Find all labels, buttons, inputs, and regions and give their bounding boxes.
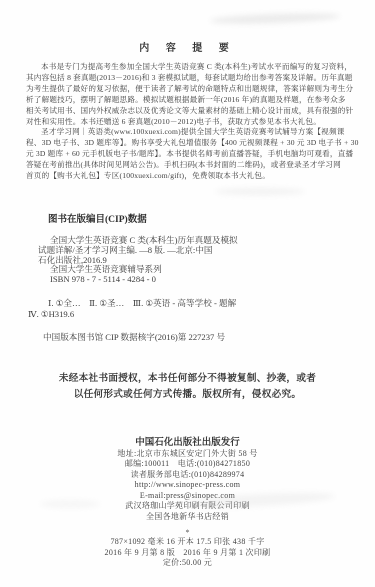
price-line: 定价:50.00 元 xyxy=(0,558,375,569)
cip-header: 图书在版编目(CIP)数据 xyxy=(48,211,375,225)
publisher-name: 中国石化出版社出版发行 xyxy=(0,437,375,449)
cip-entry: 全国大学生英语竞赛 C 类(本科生)历年真题及模拟 试题详解/圣才学习网主编. … xyxy=(38,236,375,285)
summary-line: 其内容包括 8 套真题(2013－2016)和 3 套模拟试题，每套试题均给出参… xyxy=(26,73,351,84)
format-line: 787×1092 毫米 16 开本 17.5 印张 438 千字 xyxy=(0,537,375,548)
summary-line: 元 3D 题库 + 60 元手机版电子书/题库】。本书提供名师考前直播答疑，手机… xyxy=(26,149,351,160)
colophon: * 787×1092 毫米 16 开本 17.5 印张 438 千字 2016 … xyxy=(0,528,375,569)
reader-service-phone: 读者服务部电话:(010)84289974 xyxy=(0,470,375,481)
summary-line: 答疑在考前推出(具体时间见网站公告)。手机扫码(本书封面的二维码)，或者登录圣才… xyxy=(26,160,351,171)
cip-classification: Ⅰ. ①全… Ⅱ. ①圣… Ⅲ. ①英语 - 高等学校 - 题解 Ⅳ. ①H31… xyxy=(0,298,375,320)
summary-line: 首页的【购书大礼包】专区(100xuexi.com/gift)，免费领取本书大礼… xyxy=(26,171,351,182)
content-summary-title: 内 容 提 要 xyxy=(0,39,375,54)
cip-record-number: 中国版本图书馆 CIP 数据核字(2016)第 227237 号 xyxy=(43,331,375,343)
scan-smudge xyxy=(215,188,305,195)
publisher-postcode-phone: 邮编:100011 电话:(010)84271850 xyxy=(0,459,375,470)
summary-line: 本书是专门为提高考生参加全国大学生英语竞赛 C 类(本科生)考试水平而编写的复习… xyxy=(26,62,351,73)
summary-line: 对性和实用性。本书还赠送 6 套真题(2010－2012)电子书，获取方式参见本… xyxy=(26,117,351,128)
summary-line: 为考生提供了最好的复习依据，便于读者了解考试的命题特点和出题规律，答案详解则为考… xyxy=(26,84,351,95)
printer-name: 武汉珞珈山学苑印刷有限公司印刷 xyxy=(0,501,375,512)
scan-smudge xyxy=(210,12,340,26)
summary-paragraph-2: 圣才学习网｜英语类(www.100xuexi.com)提供全国大学生英语竞赛考试… xyxy=(26,127,351,182)
copyright-notice-line: 未经本社书面授权，本书任何部分不得被复制、抄袭，或者 xyxy=(0,371,375,387)
cip-class-line: Ⅳ. ①H319.6 xyxy=(28,309,375,320)
summary-line: 相关考试用书、国内外权威杂志以及优秀论文等大量素材的基础上精心设计而成，具有很强… xyxy=(26,106,351,117)
summary-line: 圣才学习网｜英语类(www.100xuexi.com)提供全国大学生英语竞赛考试… xyxy=(26,127,351,138)
publisher-email: E-mail:press@sinopec.com xyxy=(0,491,375,502)
cip-class-line: Ⅰ. ①全… Ⅱ. ①圣… Ⅲ. ①英语 - 高等学校 - 题解 xyxy=(48,298,375,309)
summary-line: 析了解题技巧，摆明了解题思路。模拟试题根据最新一年(2016 年)的真题及样题，… xyxy=(26,95,351,106)
publisher-block: 中国石化出版社出版发行 地址:北京市东城区安定门外大街 58 号 邮编:1000… xyxy=(0,437,375,523)
summary-paragraph-1: 本书是专门为提高考生参加全国大学生英语竞赛 C 类(本科生)考试水平而编写的复习… xyxy=(26,62,351,127)
edition-line: 2016 年 9 月第 8 版 2016 年 9 月第 1 次印刷 xyxy=(0,548,375,559)
cip-isbn-line: ISBN 978 - 7 - 5114 - 4284 - 0 xyxy=(38,275,375,285)
summary-line: 程、3D 电子书、3D 题库等】。购书享受大礼包增值服务【400 元视频课程 +… xyxy=(26,138,351,149)
copyright-notice-line: 以任何形式或任何方式传播。版权所有，侵权必究。 xyxy=(0,387,375,403)
book-copyright-page: 内 容 提 要 本书是专门为提高考生参加全国大学生英语竞赛 C 类(本科生)考试… xyxy=(0,0,375,587)
publisher-address: 地址:北京市东城区安定门外大街 58 号 xyxy=(0,449,375,460)
copyright-notice: 未经本社书面授权，本书任何部分不得被复制、抄袭，或者 以任何形式或任何方式传播。… xyxy=(0,371,375,403)
publisher-website: http://www.sinopec-press.com xyxy=(0,480,375,491)
distributor: 全国各地新华书店经销 xyxy=(0,512,375,523)
